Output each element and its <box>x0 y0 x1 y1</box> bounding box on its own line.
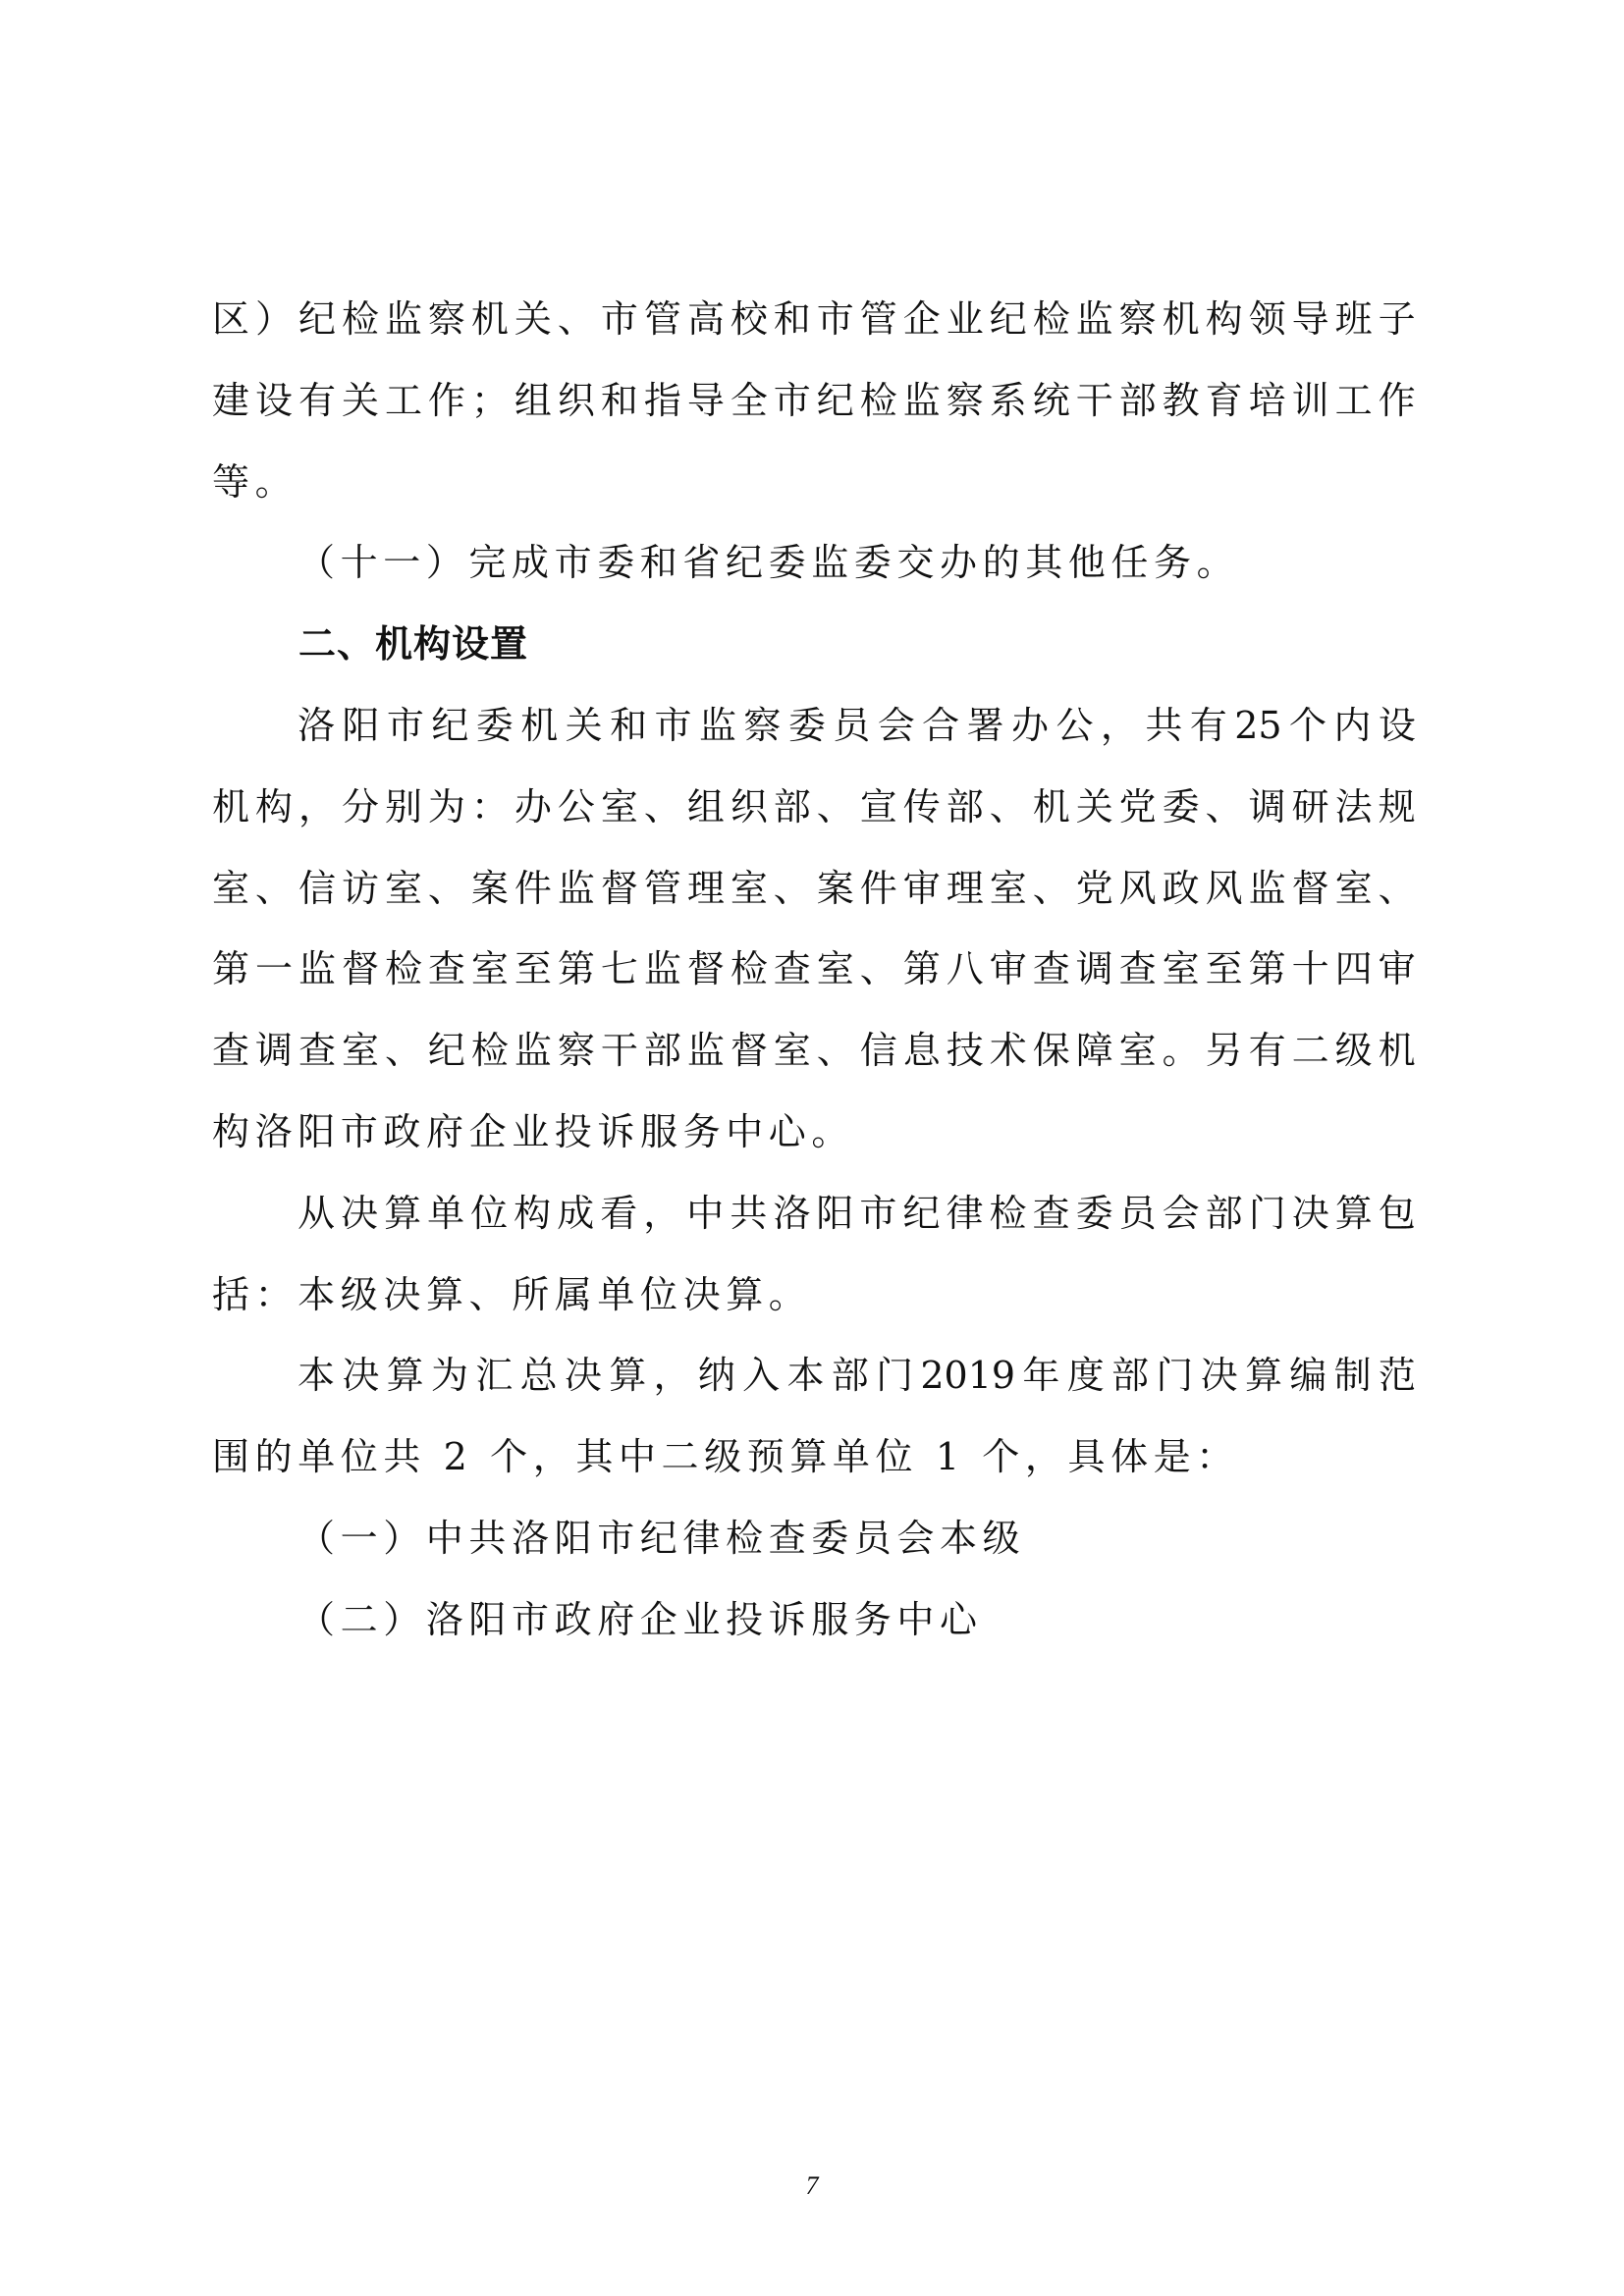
unit-list-item: （二）洛阳市政府企业投诉服务中心 <box>212 1579 1416 1661</box>
duty-item-eleven: （十一）完成市委和省纪委监委交办的其他任务。 <box>212 522 1416 604</box>
paragraph-line: 从决算单位构成看，中共洛阳市纪律检查委员会部门决算包 <box>212 1173 1416 1255</box>
paragraph-line: 室、信访室、案件监督管理室、案件审理室、党风政风监督室、 <box>212 848 1416 930</box>
paragraph-line: 第一监督检查室至第七监督检查室、第八审查调查室至第十四审 <box>212 929 1416 1010</box>
paragraph-line: 围的单位共 2 个，其中二级预算单位 1 个，具体是： <box>212 1416 1416 1498</box>
paragraph-line: 构洛阳市政府企业投诉服务中心。 <box>212 1092 1416 1173</box>
paragraph-line: 建设有关工作；组织和指导全市纪检监察系统干部教育培训工作 <box>212 360 1416 442</box>
paragraph-line: 查调查室、纪检监察干部监督室、信息技术保障室。另有二级机 <box>212 1010 1416 1092</box>
paragraph-line: 等。 <box>212 442 1416 523</box>
document-page: 区）纪检监察机关、市管高校和市管企业纪检监察机构领导班子 建设有关工作；组织和指… <box>0 0 1624 2296</box>
paragraph-line: 洛阳市纪委机关和市监察委员会合署办公，共有25个内设 <box>212 685 1416 767</box>
document-body: 区）纪检监察机关、市管高校和市管企业纪检监察机构领导班子 建设有关工作；组织和指… <box>212 279 1416 1661</box>
paragraph-line: 机构，分别为：办公室、组织部、宣传部、机关党委、调研法规 <box>212 767 1416 848</box>
unit-list-item: （一）中共洛阳市纪律检查委员会本级 <box>212 1498 1416 1579</box>
section-heading: 二、机构设置 <box>212 604 1416 685</box>
page-number: 7 <box>0 2171 1624 2201</box>
paragraph-line: 括：本级决算、所属单位决算。 <box>212 1255 1416 1336</box>
paragraph-line: 区）纪检监察机关、市管高校和市管企业纪检监察机构领导班子 <box>212 279 1416 360</box>
paragraph-line: 本决算为汇总决算，纳入本部门2019年度部门决算编制范 <box>212 1335 1416 1416</box>
